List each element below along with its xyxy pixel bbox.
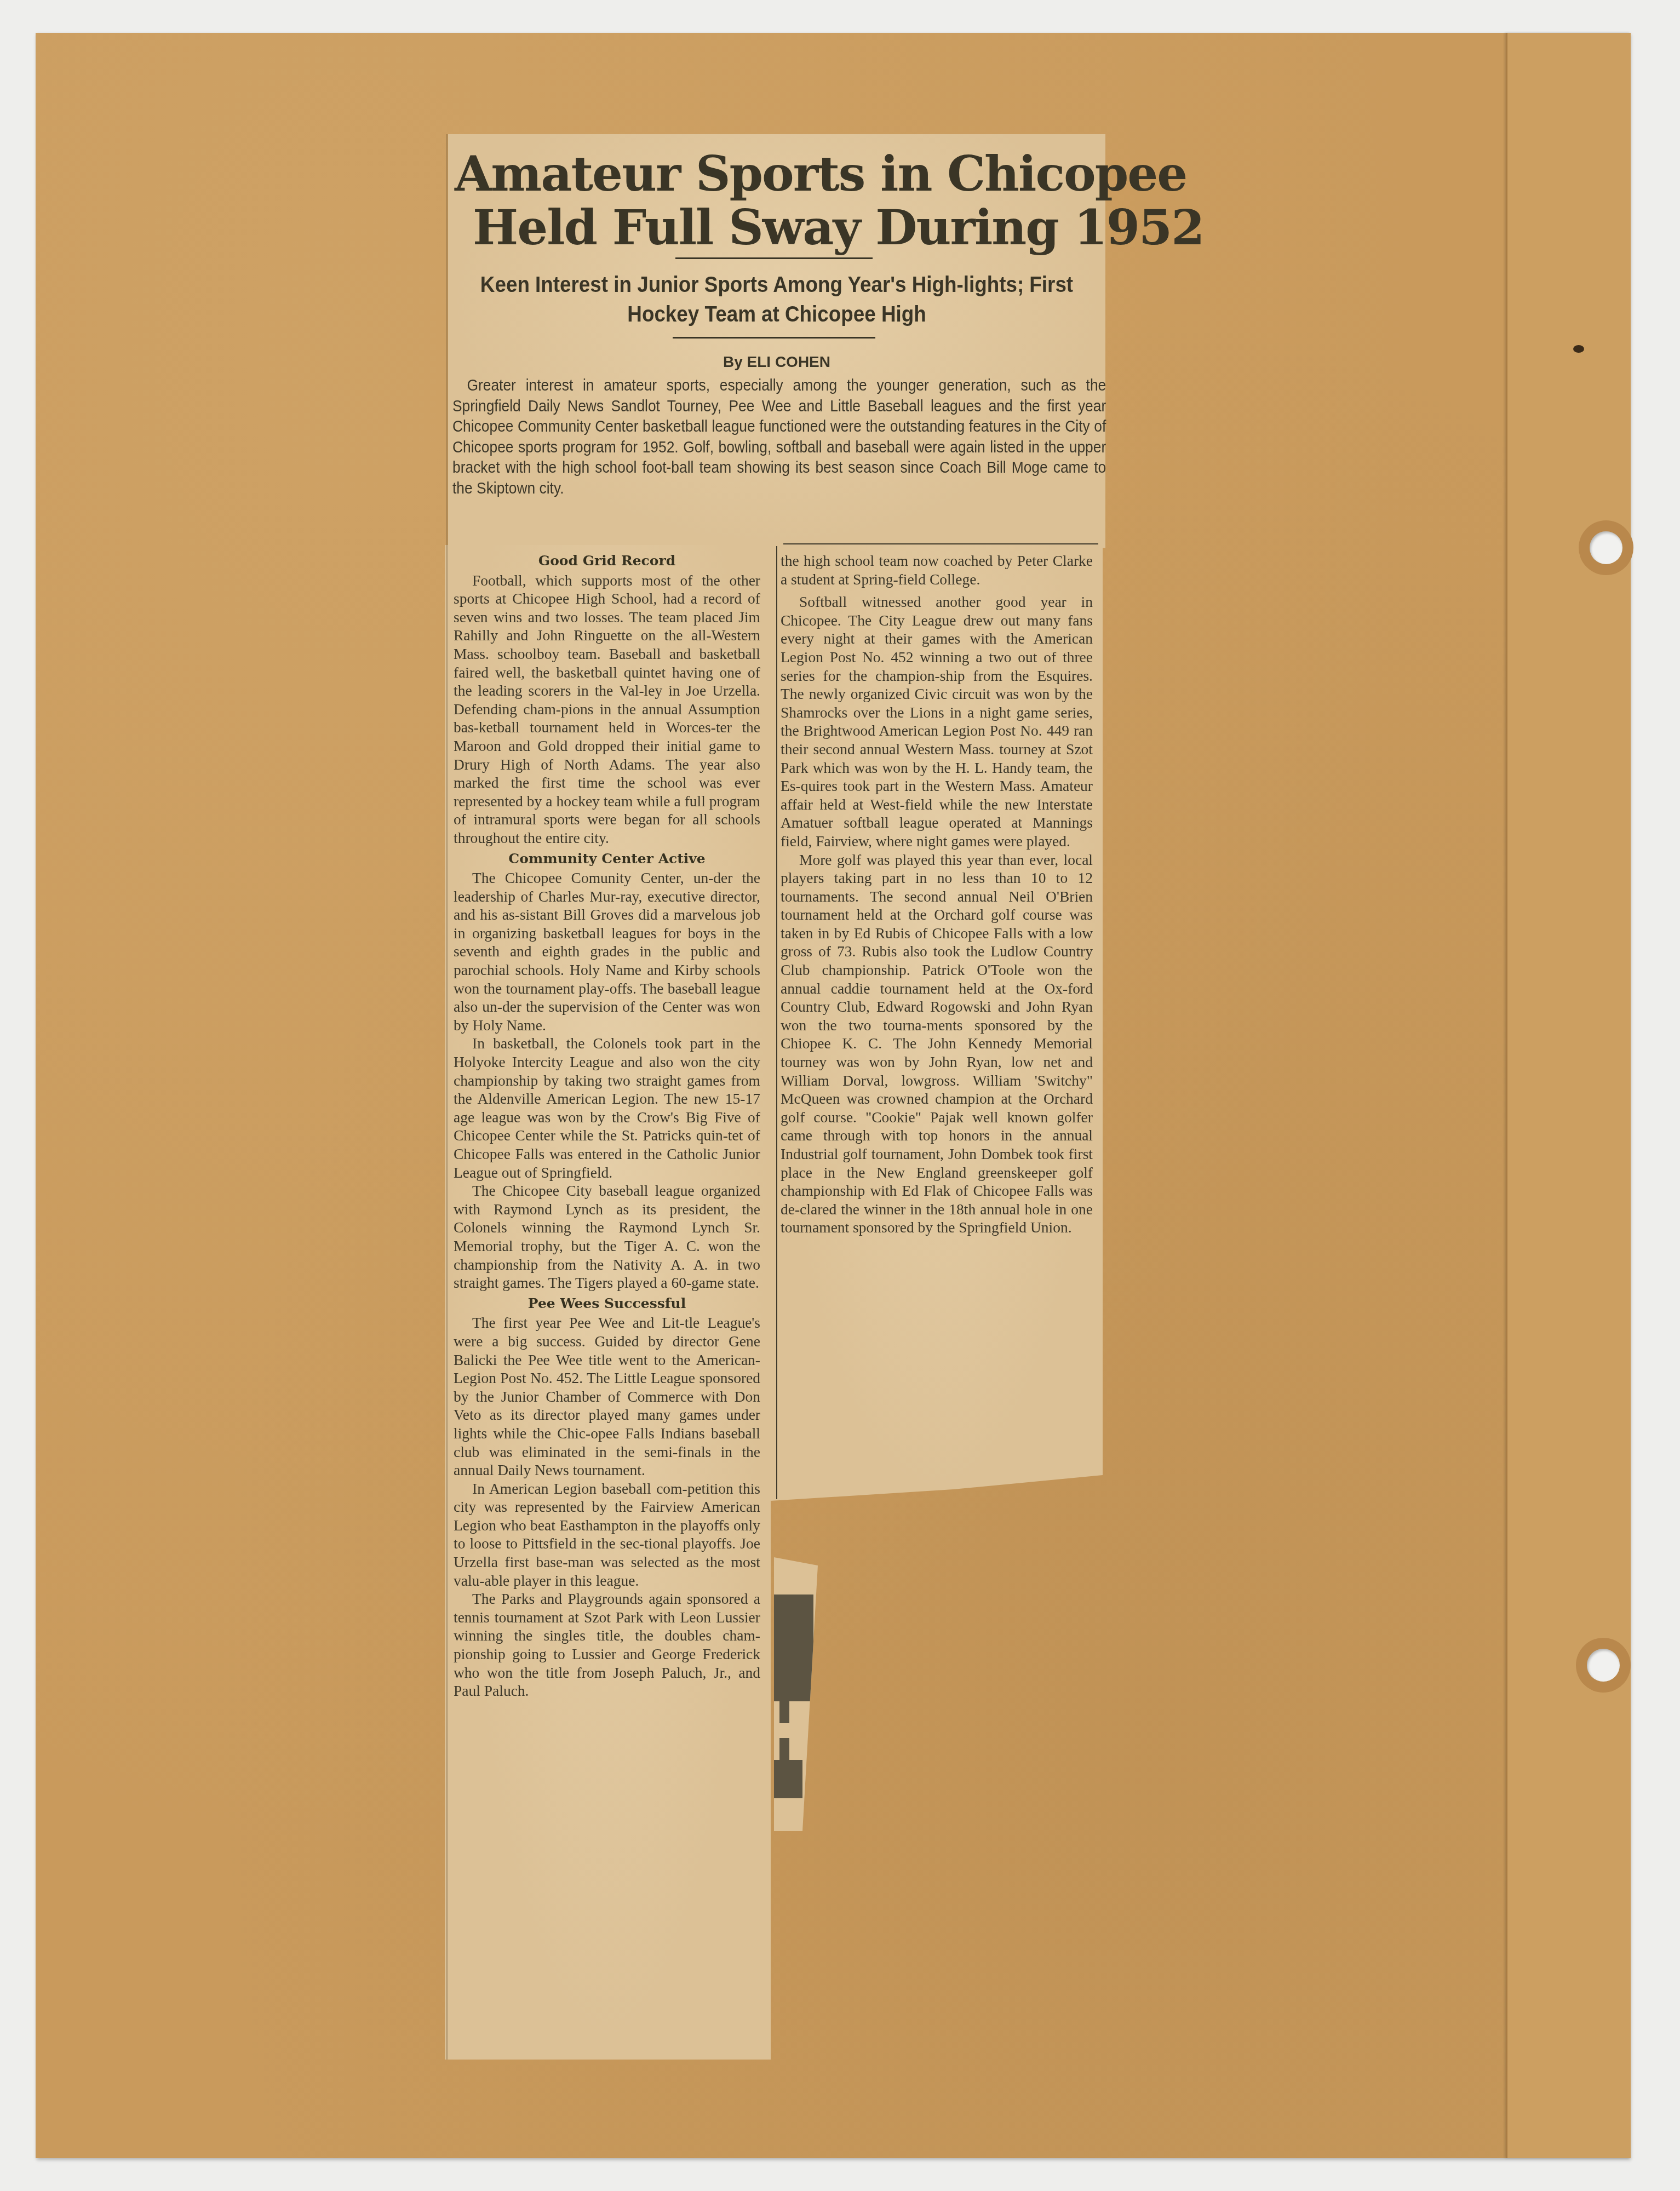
binder-hole-top xyxy=(1579,520,1633,575)
section-heading-pee-wees-successful: Pee Wees Successful xyxy=(454,1294,760,1313)
fragment-dark-block xyxy=(774,1760,802,1798)
section-heading-community-center-active: Community Center Active xyxy=(454,850,760,868)
right-column-clipping: the high school team now coached by Pete… xyxy=(771,545,1103,1501)
headline-line-1: Amateur Sports in Chicopee xyxy=(455,145,1112,202)
paragraph: Softball witnessed another good year in … xyxy=(781,593,1093,850)
left-column: Good Grid Record Football, which support… xyxy=(454,549,760,1700)
paragraph: The Chicopee City baseball league organi… xyxy=(454,1181,760,1292)
fragment-dark-block xyxy=(779,1738,789,1760)
paragraph: In basketball, the Colonels took part in… xyxy=(454,1034,760,1181)
headline-rule xyxy=(675,257,873,259)
paragraph: The Chicopee Comunity Center, un-der the… xyxy=(454,869,760,1034)
lead-paragraph: Greater interest in amateur sports, espe… xyxy=(452,375,1106,498)
ink-spot xyxy=(1573,345,1584,353)
fragment-dark-block xyxy=(779,1701,789,1723)
column-divider xyxy=(776,546,777,1499)
paragraph: In American Legion baseball com-petition… xyxy=(454,1479,760,1590)
left-column-clipping: Good Grid Record Football, which support… xyxy=(445,545,771,2060)
subheadline: Keen Interest in Junior Sports Among Yea… xyxy=(450,270,1103,329)
fragment-dark-block xyxy=(774,1595,813,1701)
binder-hole-bottom xyxy=(1576,1638,1631,1693)
binding-strip xyxy=(1506,33,1631,2158)
paragraph: the high school team now coached by Pete… xyxy=(781,552,1093,588)
paragraph: The first year Pee Wee and Lit-tle Leagu… xyxy=(454,1314,760,1479)
headline-line-2: Held Full Sway During 1952 xyxy=(473,199,1130,256)
column-rule xyxy=(783,543,1098,544)
paragraph: The Parks and Playgrounds again sponsore… xyxy=(454,1590,760,1700)
paragraph: Football, which supports most of the oth… xyxy=(454,571,760,847)
byline: By ELI COHEN xyxy=(448,353,1105,371)
paragraph: More golf was played this year than ever… xyxy=(781,851,1093,1237)
section-heading-good-grid-record: Good Grid Record xyxy=(454,552,760,570)
clipping-edge xyxy=(446,134,448,2060)
right-column: the high school team now coached by Pete… xyxy=(781,552,1093,1237)
subhead-rule xyxy=(673,337,875,339)
headline-clipping: Amateur Sports in Chicopee Held Full Swa… xyxy=(448,134,1105,548)
